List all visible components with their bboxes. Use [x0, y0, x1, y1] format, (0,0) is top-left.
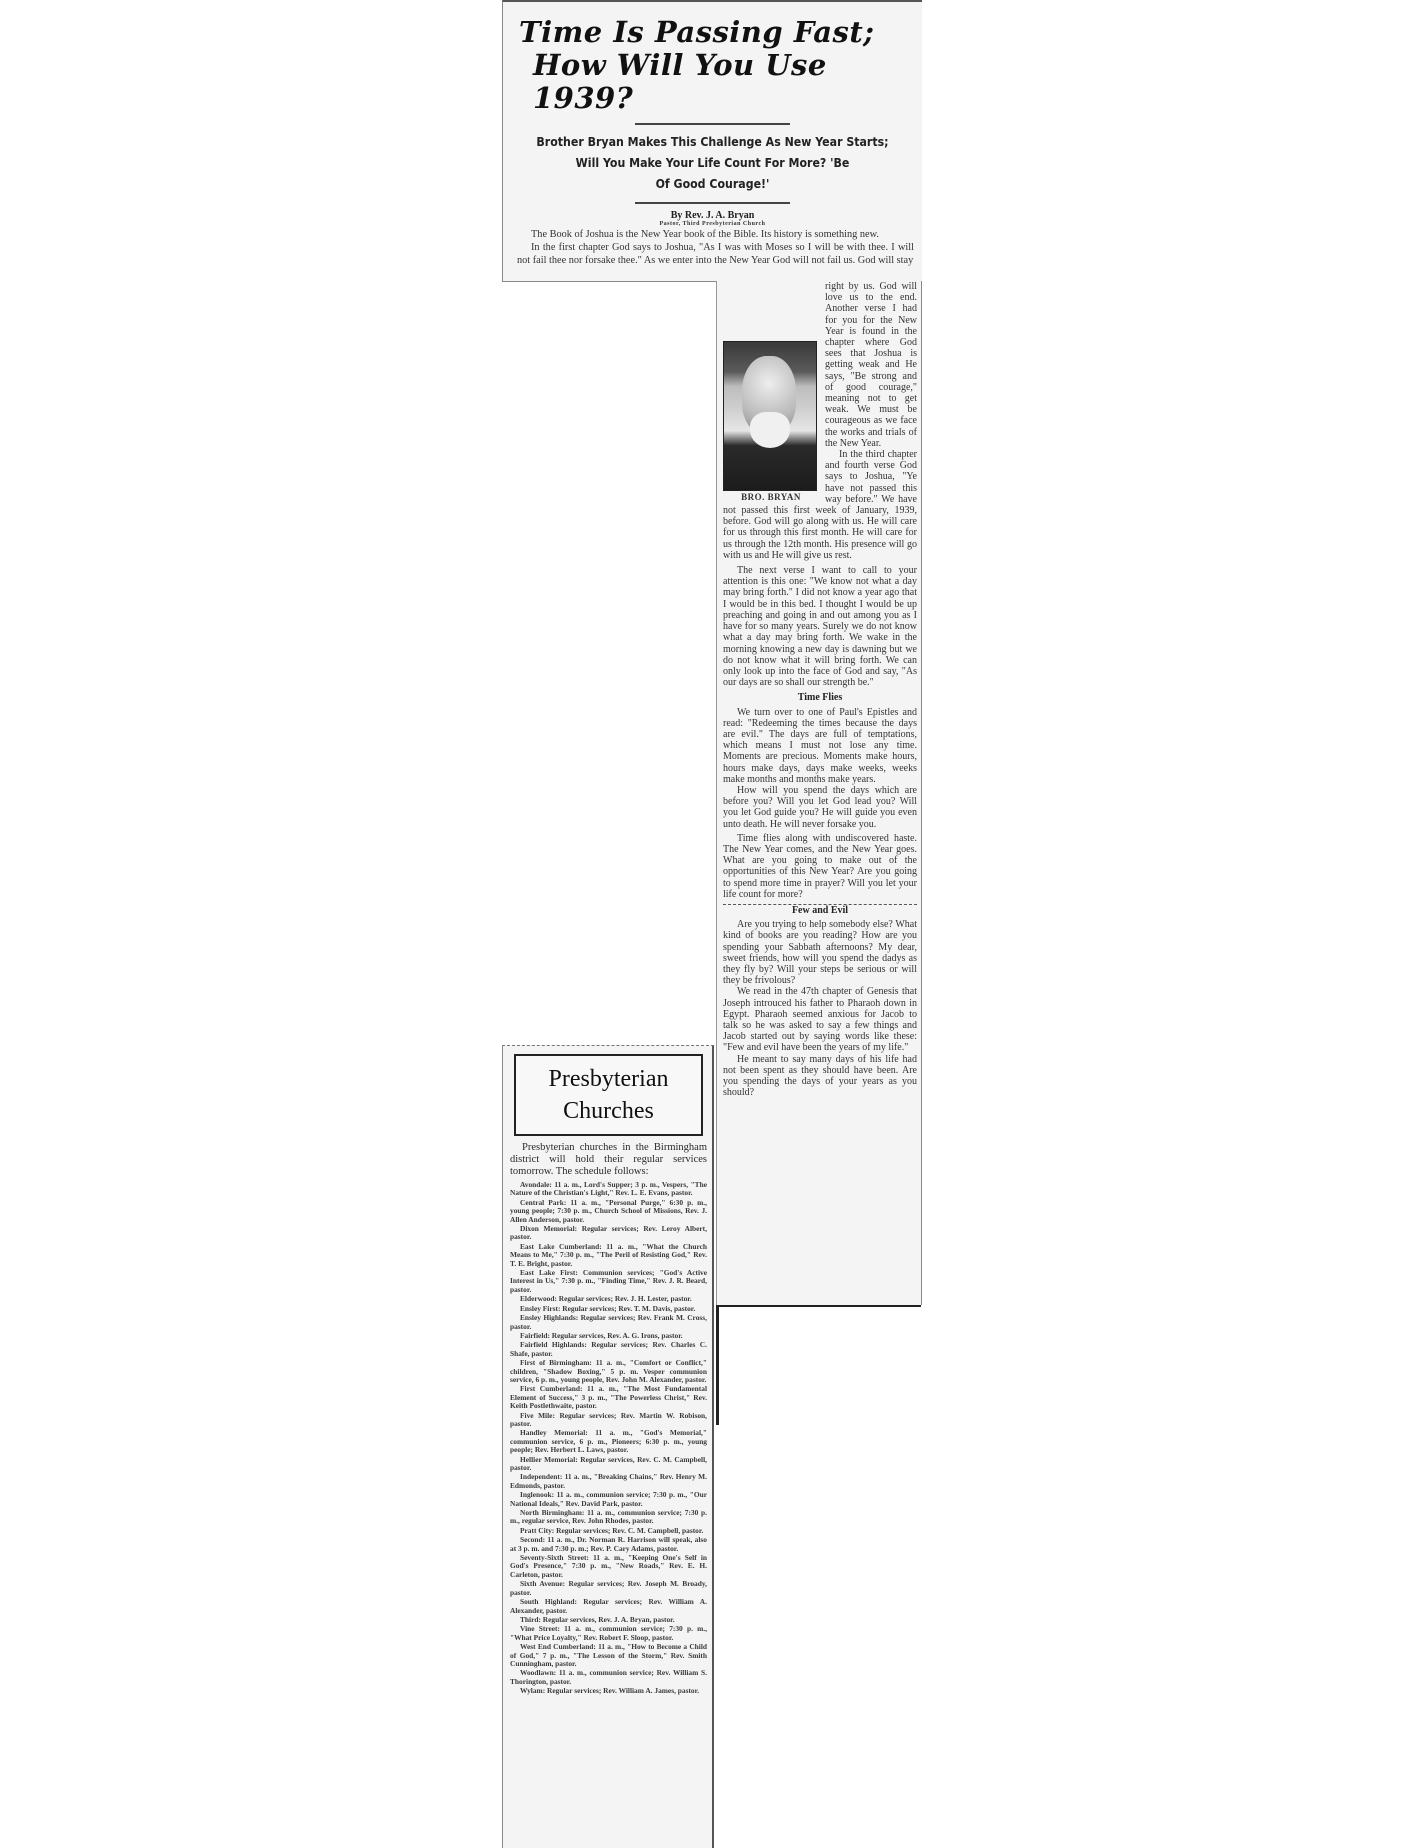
church-listing: Central Park: 11 a. m., "Personal Purge,…	[510, 1199, 707, 1224]
paragraph: He meant to say many days of his life ha…	[723, 1054, 917, 1099]
church-listing: West End Cumberland: 11 a. m., "How to B…	[510, 1643, 707, 1668]
deck-line-2: Will You Make Your Life Count For More? …	[533, 152, 891, 173]
photo-caption: BRO. BRYAN	[723, 492, 819, 503]
churches-title: Presbyterian Churches	[549, 1063, 669, 1127]
churches-title-line-2: Churches	[549, 1095, 669, 1127]
church-listing: Elderwood: Regular services; Rev. J. H. …	[510, 1295, 707, 1303]
church-listing: Second: 11 a. m., Dr. Norman R. Harrison…	[510, 1536, 707, 1553]
deck-line-1: Brother Bryan Makes This Challenge As Ne…	[533, 131, 891, 152]
article-body: BRO. BRYAN right by us. God will love us…	[723, 281, 917, 1098]
churches-column: Presbyterian Churches Presbyterian churc…	[502, 1045, 714, 1848]
church-listing: Fairfield Highlands: Regular services; R…	[510, 1341, 707, 1358]
portrait-photo	[723, 341, 817, 491]
paragraph: We read in the 47th chapter of Genesis t…	[723, 986, 917, 1053]
churches-intro: Presbyterian churches in the Birmingham …	[510, 1142, 707, 1178]
divider	[635, 202, 790, 204]
church-listings: Avondale: 11 a. m., Lord's Supper; 3 p. …	[510, 1181, 707, 1696]
deck-line-3: Of Good Courage!'	[533, 173, 891, 194]
church-listing: Woodlawn: 11 a. m., communion service; R…	[510, 1669, 707, 1686]
church-listing: Avondale: 11 a. m., Lord's Supper; 3 p. …	[510, 1181, 707, 1198]
church-listing: First of Birmingham: 11 a. m., "Comfort …	[510, 1359, 707, 1384]
church-listing: Inglenook: 11 a. m., communion service; …	[510, 1491, 707, 1508]
church-listing: Hellier Memorial: Regular services, Rev.…	[510, 1456, 707, 1473]
paragraph: The Book of Joshua is the New Year book …	[517, 228, 914, 241]
church-listing: Sixth Avenue: Regular services; Rev. Jos…	[510, 1580, 707, 1597]
paragraph: How will you spend the days which are be…	[723, 785, 917, 830]
church-listing: Ensley Highlands: Regular services; Rev.…	[510, 1314, 707, 1331]
paragraph: In the first chapter God says to Joshua,…	[517, 241, 914, 267]
church-listing: East Lake First: Communion services; "Go…	[510, 1269, 707, 1294]
headline-line-1: Time Is Passing Fast;	[519, 15, 874, 49]
headline-line-2: How Will You Use 1939?	[519, 49, 912, 115]
church-listing: South Highland: Regular services; Rev. W…	[510, 1598, 707, 1615]
article-header-block: Time Is Passing Fast; How Will You Use 1…	[502, 0, 922, 282]
deck: Brother Bryan Makes This Challenge As Ne…	[533, 131, 891, 194]
church-listing: Fairfield: Regular services, Rev. A. G. …	[510, 1332, 707, 1340]
byline: By Rev. J. A. Bryan	[503, 210, 922, 221]
church-listing: Ensley First: Regular services; Rev. T. …	[510, 1305, 707, 1313]
byline-title: Pastor, Third Presbyterian Church	[503, 221, 922, 227]
paragraph: Are you trying to help somebody else? Wh…	[723, 919, 917, 986]
church-listing: Vine Street: 11 a. m., communion service…	[510, 1625, 707, 1642]
church-listing: Wylam: Regular services; Rev. William A.…	[510, 1687, 707, 1695]
church-listing: Five Mile: Regular services; Rev. Martin…	[510, 1412, 707, 1429]
churches-title-box: Presbyterian Churches	[514, 1054, 703, 1136]
portrait-beard	[750, 412, 790, 448]
church-listing: North Birmingham: 11 a. m., communion se…	[510, 1509, 707, 1526]
clipping-edge	[716, 1305, 921, 1425]
church-listing: Seventy-Sixth Street: 11 a. m., "Keeping…	[510, 1554, 707, 1579]
church-listing: Dixon Memorial: Regular services; Rev. L…	[510, 1225, 707, 1242]
headline: Time Is Passing Fast; How Will You Use 1…	[519, 16, 912, 115]
subhead-few-and-evil: Few and Evil	[723, 904, 917, 916]
paragraph: Time flies along with undiscovered haste…	[723, 833, 917, 900]
paragraph: We turn over to one of Paul's Epistles a…	[723, 707, 917, 785]
churches-title-line-1: Presbyterian	[549, 1063, 669, 1095]
church-listing: Independent: 11 a. m., "Breaking Chains,…	[510, 1473, 707, 1490]
divider	[635, 123, 790, 125]
article-intro: The Book of Joshua is the New Year book …	[517, 228, 914, 267]
church-listing: Third: Regular services, Rev. J. A. Brya…	[510, 1616, 707, 1624]
portrait-figure: BRO. BRYAN	[723, 341, 819, 503]
subhead-time-flies: Time Flies	[723, 692, 917, 703]
church-listing: East Lake Cumberland: 11 a. m., "What th…	[510, 1243, 707, 1268]
church-listing: Pratt City: Regular services; Rev. C. M.…	[510, 1527, 707, 1535]
church-listing: First Cumberland: 11 a. m., "The Most Fu…	[510, 1385, 707, 1410]
article-column: BRO. BRYAN right by us. God will love us…	[716, 281, 922, 1305]
paragraph: The next verse I want to call to your at…	[723, 565, 917, 688]
church-listing: Handley Memorial: 11 a. m., "God's Memor…	[510, 1429, 707, 1454]
